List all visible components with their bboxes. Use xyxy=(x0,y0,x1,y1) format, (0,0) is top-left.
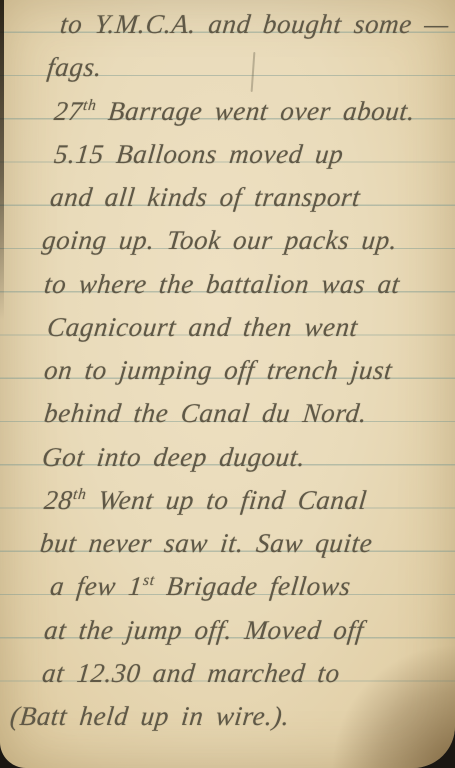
handwriting-line: but never saw it. Saw quite xyxy=(38,522,455,565)
handwriting-segment: at the jump off. Moved off xyxy=(43,615,366,645)
handwriting-segment: going up. Took our packs up. xyxy=(41,225,399,255)
handwriting-segment: on to jumping off trench just xyxy=(43,355,394,385)
handwriting-segment: Barrage went over about. xyxy=(94,96,416,126)
handwriting-segment: at 12.30 and marched to xyxy=(41,658,342,688)
handwriting-line: 5.15 Balloons moved up xyxy=(52,133,455,176)
handwriting-segment: 27 xyxy=(53,96,84,126)
handwriting-segment: 28 xyxy=(43,485,74,515)
handwriting-line: Cagnicourt and then went xyxy=(45,306,455,349)
handwriting-segment: and all kinds of transport xyxy=(49,182,362,212)
handwriting-segment: Cagnicourt and then went xyxy=(46,312,360,342)
handwriting-line: to Y.M.C.A. and bought some — xyxy=(58,3,455,46)
handwriting-segment: to Y.M.C.A. and bought some — xyxy=(59,9,451,39)
handwriting-line: fags. xyxy=(45,46,455,89)
handwriting-line: Got into deep dugout. xyxy=(40,436,455,479)
handwriting-line: to where the battalion was at xyxy=(42,263,455,306)
handwriting-segment: (Batt held up in wire.). xyxy=(9,701,292,731)
handwriting-line: and all kinds of transport xyxy=(48,176,455,219)
handwriting-text: to Y.M.C.A. and bought some —fags.27th B… xyxy=(0,0,455,768)
handwriting-segment: Got into deep dugout. xyxy=(41,442,307,472)
handwriting-line: 28th Went up to find Canal xyxy=(42,479,455,522)
handwriting-segment: Went up to find Canal xyxy=(84,485,368,515)
handwriting-line: at the jump off. Moved off xyxy=(42,609,455,652)
handwriting-line: (Batt held up in wire.). xyxy=(8,695,455,738)
handwriting-segment: to where the battalion was at xyxy=(43,269,402,299)
handwriting-segment: 5.15 Balloons moved up xyxy=(53,139,345,169)
handwriting-segment: fags. xyxy=(46,52,104,82)
handwriting-line: a few 1st Brigade fellows xyxy=(48,565,455,608)
handwriting-line: at 12.30 and marched to xyxy=(40,652,455,695)
handwriting-line: 27th Barrage went over about. xyxy=(52,90,455,133)
handwriting-segment: a few 1 xyxy=(49,571,144,601)
handwriting-line: on to jumping off trench just xyxy=(42,349,455,392)
handwriting-line: going up. Took our packs up. xyxy=(40,219,455,262)
handwriting-segment: Brigade fellows xyxy=(153,571,353,601)
handwriting-segment: behind the Canal du Nord. xyxy=(43,398,369,428)
handwriting-segment: but never saw it. Saw quite xyxy=(39,528,374,558)
notebook-paper: to Y.M.C.A. and bought some —fags.27th B… xyxy=(0,0,455,768)
scanned-diary-page: to Y.M.C.A. and bought some —fags.27th B… xyxy=(0,0,455,768)
handwriting-line: behind the Canal du Nord. xyxy=(42,392,455,435)
